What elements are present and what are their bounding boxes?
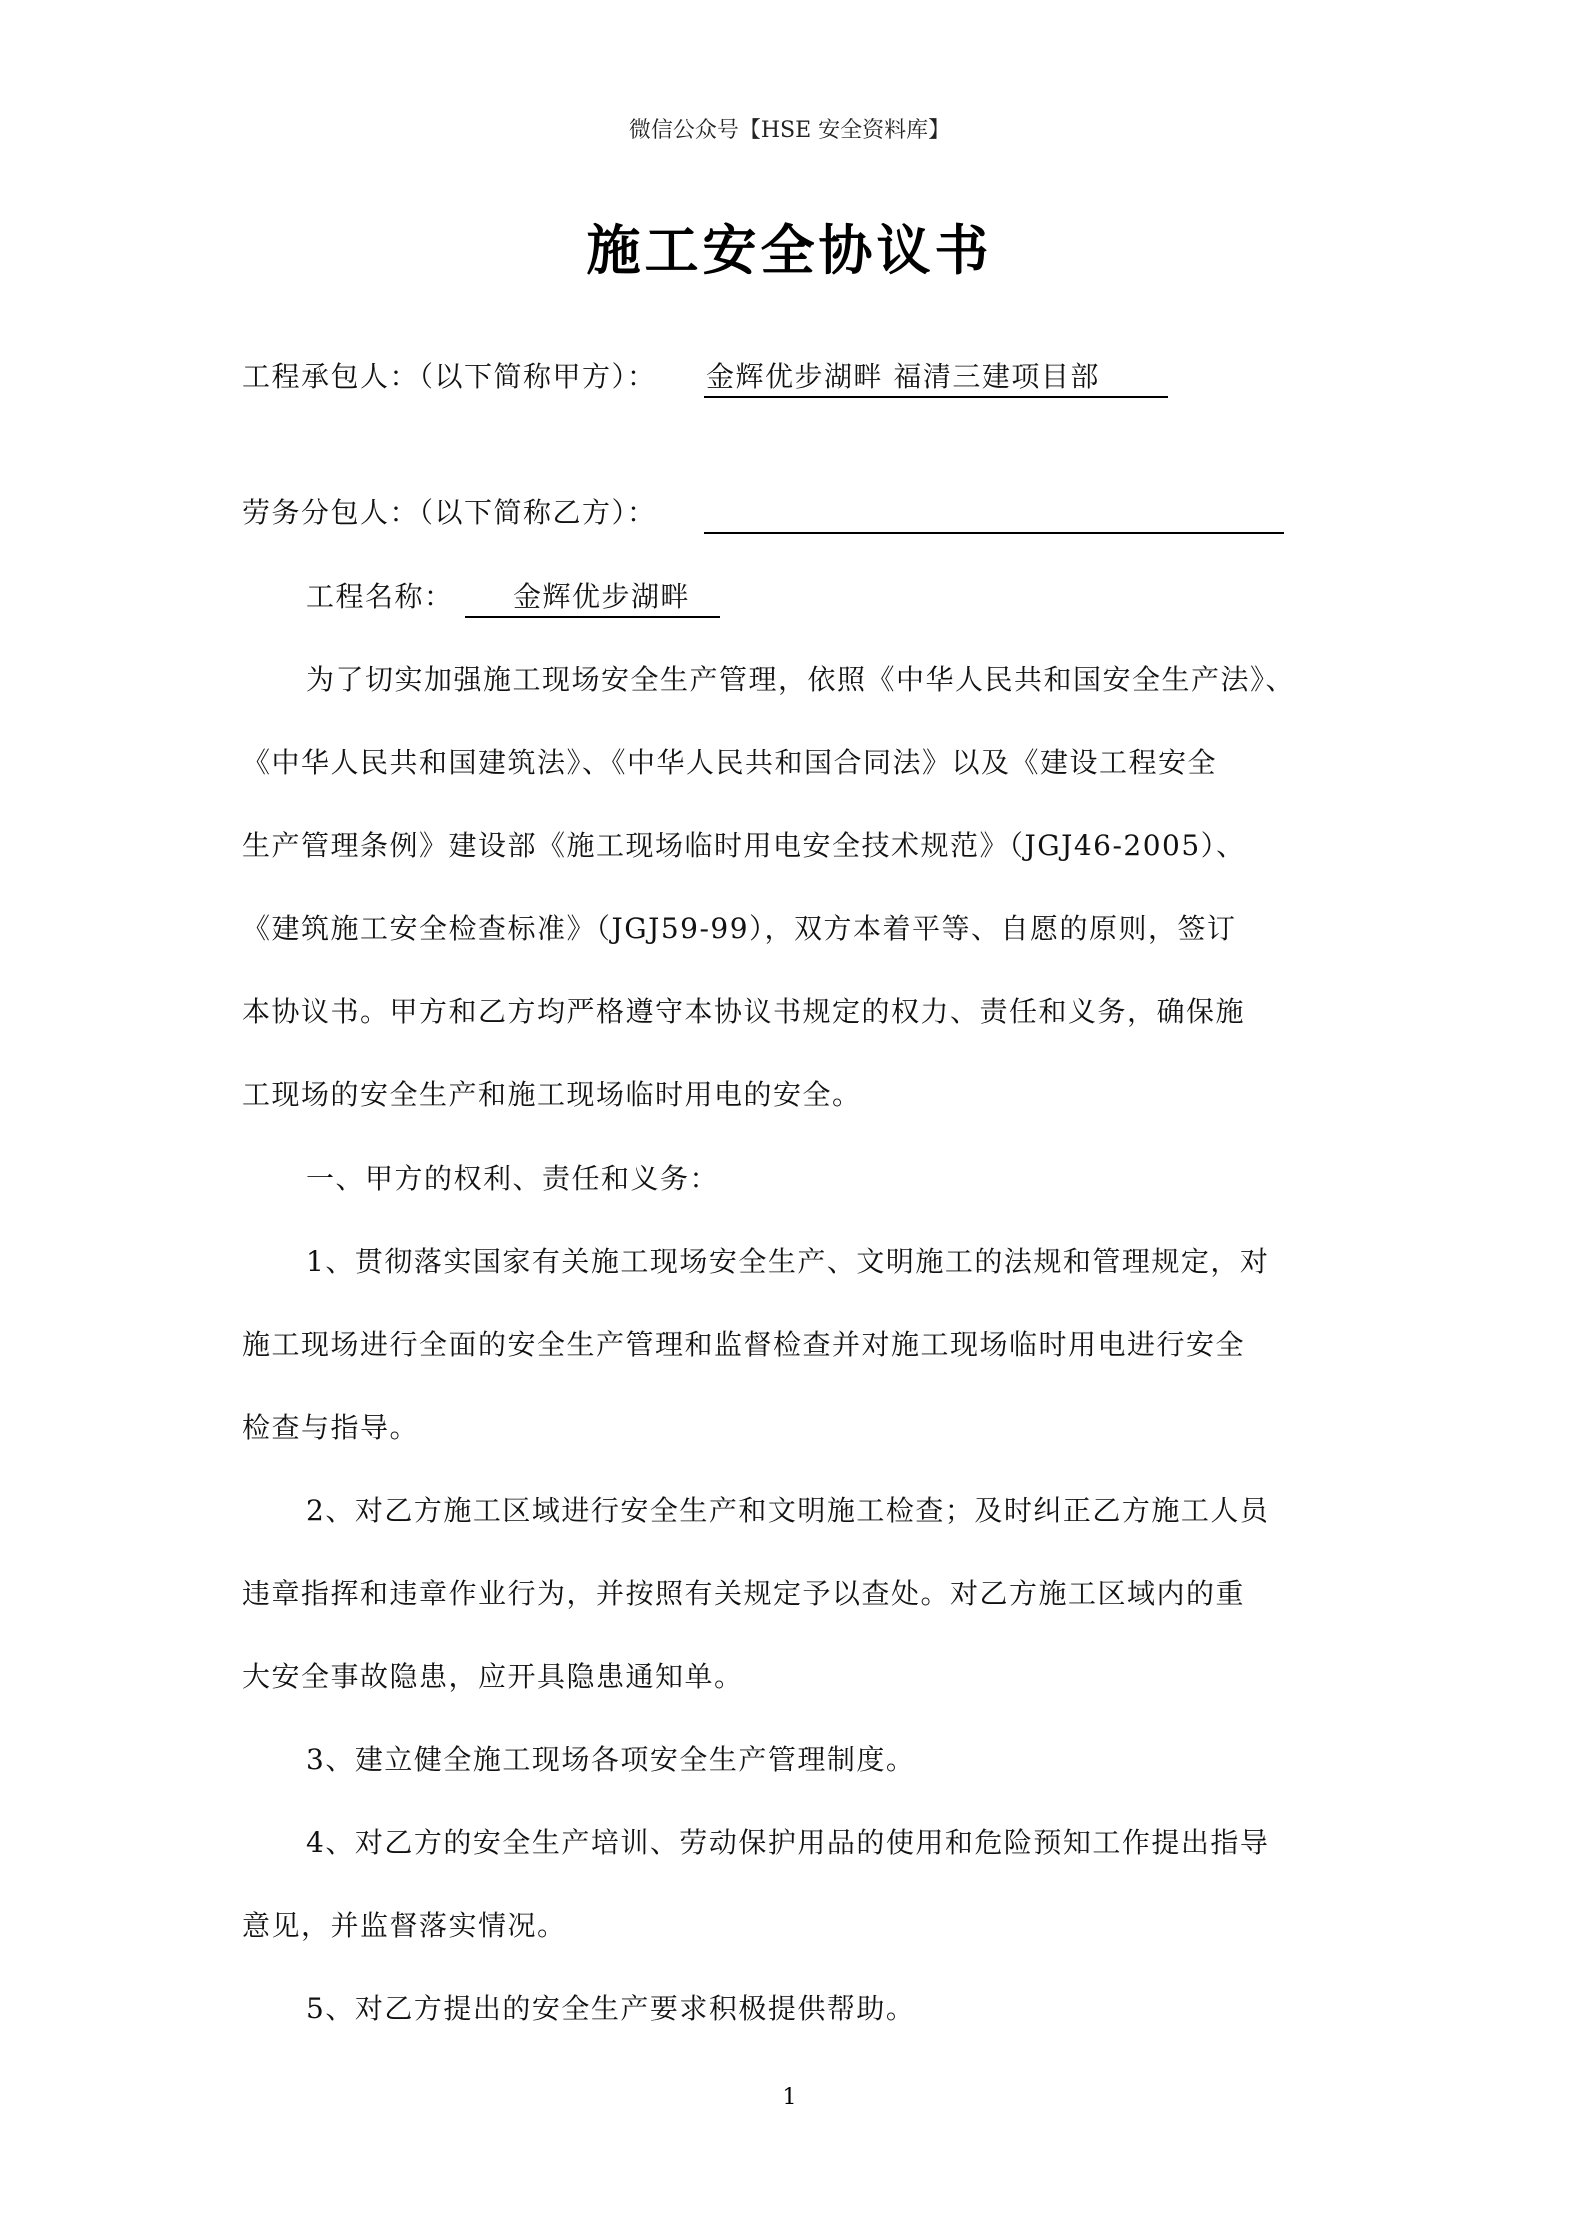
clause-line: 施工现场进行全面的安全生产管理和监督检查并对施工现场临时用电进行安全 [242,1328,1245,1362]
subcontractor-field [704,496,1284,534]
clause-line: 2、对乙方施工区域进行安全生产和文明施工检查；及时纠正乙方施工人员 [306,1494,1269,1528]
preamble-line: 本协议书。甲方和乙方均严格遵守本协议书规定的权力、责任和义务，确保施 [242,995,1245,1029]
clause-line: 3、建立健全施工现场各项安全生产管理制度。 [306,1743,915,1777]
section-heading: 一、甲方的权利、责任和义务： [306,1162,719,1196]
preamble-line: 工现场的安全生产和施工现场临时用电的安全。 [242,1078,862,1112]
preamble-line: 为了切实加强施工现场安全生产管理，依照《中华人民共和国安全生产法》、 [306,663,1295,697]
clause-line: 违章指挥和违章作业行为，并按照有关规定予以查处。对乙方施工区域内的重 [242,1577,1245,1611]
clause-line: 5、对乙方提出的安全生产要求积极提供帮助。 [306,1992,915,2026]
contractor-value: 金辉优步湖畔 福清三建项目部 [706,360,1100,394]
clause-line: 检查与指导。 [242,1411,419,1445]
document-title: 施工安全协议书 [0,208,1579,285]
contractor-label: 工程承包人：（以下简称甲方）： [242,360,657,394]
subcontractor-label: 劳务分包人：（以下简称乙方）： [242,496,657,530]
header-note: 微信公众号【HSE 安全资料库】 [0,113,1579,144]
project-name-value: 金辉优步湖畔 [513,580,690,614]
clause-line: 1、贯彻落实国家有关施工现场安全生产、文明施工的法规和管理规定，对 [306,1245,1269,1279]
preamble-line: 生产管理条例》建设部《施工现场临时用电安全技术规范》（JGJ46-2005）、 [242,829,1246,863]
clause-line: 意见，并监督落实情况。 [242,1909,567,1943]
clause-line: 4、对乙方的安全生产培训、劳动保护用品的使用和危险预知工作提出指导 [306,1826,1269,1860]
clause-line: 大安全事故隐患，应开具隐患通知单。 [242,1660,744,1694]
page-number: 1 [0,2085,1579,2110]
preamble-line: 《建筑施工安全检查标准》（JGJ59-99），双方本着平等、自愿的原则，签订 [242,912,1237,946]
project-name-label: 工程名称： [306,580,454,614]
preamble-line: 《中华人民共和国建筑法》、《中华人民共和国合同法》以及《建设工程安全 [242,746,1217,780]
